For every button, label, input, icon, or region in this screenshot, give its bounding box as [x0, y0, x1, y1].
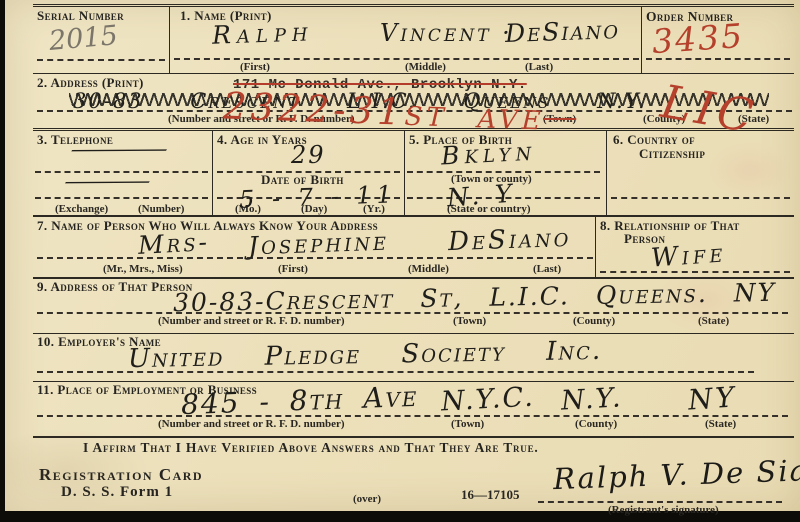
relationship-label-1: 8. Relationship of That	[600, 219, 740, 234]
middle-sublabel: (Middle)	[405, 61, 446, 73]
telephone-number-mark: —	[59, 168, 155, 193]
signature-line	[538, 501, 782, 503]
birthplace-state-value: N. Y	[446, 179, 517, 213]
serial-write-line	[37, 59, 165, 61]
row-affirmation: I Affirm That I Have Verified Above Answ…	[33, 436, 794, 457]
row-telephone-age-birth: 3. Telephone — — (Exchange) (Number) 4. …	[33, 128, 794, 215]
contact-state-sublabel: (State)	[698, 315, 729, 327]
telephone-cell: 3. Telephone — — (Exchange) (Number)	[33, 131, 213, 215]
employment-county-value: N.Y.	[560, 382, 623, 416]
over-note: (over)	[353, 493, 381, 505]
relationship-write-line	[600, 271, 790, 273]
contact-address-label: 9. Address of That Person	[37, 280, 193, 295]
affirmation-text: I Affirm That I Have Verified Above Answ…	[83, 440, 539, 456]
row-contact-person: 7. Name of Person Who Will Always Know Y…	[33, 215, 794, 277]
last-sublabel: (Last)	[525, 61, 553, 73]
employment-town-value: N.Y.C.	[440, 382, 535, 418]
row-contact-address: 9. Address of That Person 30-83-Crescent…	[33, 277, 794, 333]
age-cell: 4. Age in Years 29 Date of Birth 5 - 7 -…	[213, 131, 405, 215]
contact-last-value: DeSiano	[448, 223, 572, 257]
employment-state-sublabel: (State)	[705, 418, 736, 430]
contact-title-sublabel: (Mr., Mrs., Miss)	[103, 263, 183, 275]
relationship-value: Wife	[650, 238, 727, 273]
citizenship-label-2: Citizenship	[639, 147, 705, 162]
citizenship-write-line	[611, 197, 790, 199]
registrant-signature: Ralph V. De Siano	[552, 452, 800, 496]
order-number-value: 3435	[651, 16, 745, 61]
form-number: D. S. S. Form 1	[61, 484, 173, 501]
name-cell: 1. Name (Print) Ralph Vincent · DeSiano …	[170, 7, 642, 73]
employment-county-sublabel: (County)	[575, 418, 617, 430]
contact-town-sublabel: (Town)	[453, 315, 486, 327]
age-value: 29	[291, 141, 326, 169]
contact-middle-sublabel: (Middle)	[408, 263, 449, 275]
contact-first-value: Josephine	[248, 227, 390, 261]
dob-value: 5 - 7 - 11	[239, 180, 398, 213]
card-title: Registration Card	[39, 465, 203, 485]
registration-card: Serial Number 2015 1. Name (Print) Ralph…	[5, 0, 800, 511]
signature-sublabel: (Registrant's signature)	[608, 504, 719, 516]
employer-value: United Pledge Society Inc.	[128, 336, 603, 374]
row-employer: 10. Employer's Name United Pledge Societ…	[33, 333, 794, 381]
serial-number-cell: Serial Number 2015	[33, 7, 170, 73]
contact-name-cell: 7. Name of Person Who Will Always Know Y…	[33, 217, 596, 277]
number-sublabel: (Number)	[138, 203, 184, 215]
serial-number-value: 2015	[48, 20, 119, 57]
employment-state-value: NY	[687, 380, 738, 416]
employment-town-sublabel: (Town)	[451, 418, 484, 430]
order-number-cell: Order Number 3435	[642, 7, 794, 73]
first-sublabel: (First)	[240, 61, 270, 73]
citizenship-cell: 6. Country of Citizenship	[607, 131, 794, 215]
name-middle-value: Vincent ·	[380, 19, 513, 47]
contact-title-value: Mrs-	[137, 227, 210, 260]
name-first-value: Ralph	[212, 17, 315, 50]
name-write-line	[174, 58, 639, 60]
print-code: 16—17105	[461, 487, 520, 503]
row-address: 2. Address (Print) 171 Mc Donald Ave., B…	[33, 73, 794, 128]
employment-write-line	[37, 415, 788, 417]
contact-county-sublabel: (County)	[573, 315, 615, 327]
exchange-sublabel: (Exchange)	[55, 203, 108, 215]
name-last-value: DeSiano	[505, 15, 621, 48]
address-town-sublabel: (Town)	[543, 113, 576, 125]
contact-last-sublabel: (Last)	[533, 263, 561, 275]
row-footer: Registration Card D. S. S. Form 1 (over)…	[33, 457, 794, 522]
telephone-exchange-mark: —	[65, 136, 173, 161]
relationship-cell: 8. Relationship of That Person Wife	[596, 217, 794, 277]
birthplace-cell: 5. Place of Birth Bklyn (Town or county)…	[405, 131, 607, 215]
row-employment-place: 11. Place of Employment or Business 845 …	[33, 381, 794, 436]
birthplace-town-value: Bklyn	[440, 137, 537, 171]
telephone-line-2	[35, 197, 208, 199]
row-serial-name-order: Serial Number 2015 1. Name (Print) Ralph…	[33, 4, 794, 73]
contact-first-sublabel: (First)	[278, 263, 308, 275]
